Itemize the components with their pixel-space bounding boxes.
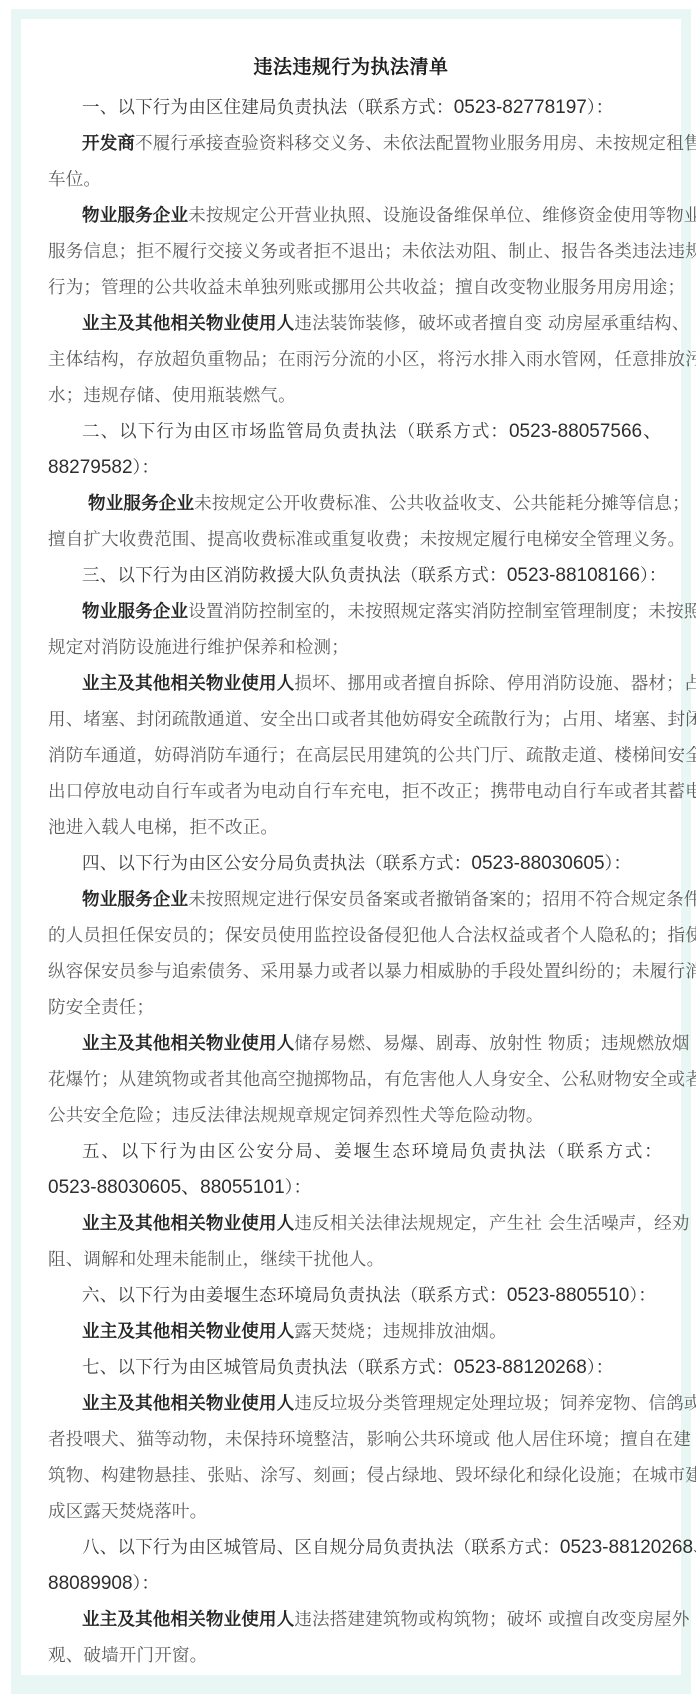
subject-label: 物业服务企业 [88,494,194,514]
phone-number: 0523-88057566、 [509,421,662,442]
subject-label: 业主及其他相关物业使用人 [82,674,294,694]
paragraph-line: 公共安全危险；违反法律法规规章规定饲养烈性犬等危险动物。 [48,1098,662,1134]
paragraph-line: 用、堵塞、封闭疏散通道、安全出口或者其他妨碍安全疏散行为；占用、堵塞、封闭 [48,702,662,738]
phone-number: 0523-8805510 [507,1285,630,1306]
subject-label: 物业服务企业 [82,206,188,226]
section-3-heading: 三、以下行为由区消防救援大队负责执法（联系方式：0523-88108166）： [82,558,662,594]
subject-label: 开发商 [82,134,135,154]
subject-label: 业主及其他相关物业使用人 [82,314,294,334]
paragraph-line: 池进入载人电梯，拒不改正。 [48,810,662,846]
subject-label: 业主及其他相关物业使用人 [82,1610,294,1630]
paragraph-line: 阻、调解和处理未能制止，继续干扰他人。 [48,1242,662,1278]
paragraph-line: 业主及其他相关物业使用人储存易燃、易爆、剧毒、放射性 物质；违规燃放烟 [82,1026,662,1062]
phone-number: 0523-82778197 [454,97,587,118]
section-8-heading: 八、以下行为由区城管局、区自规分局负责执法（联系方式：0523-88120268… [82,1530,662,1566]
paragraph-line: 筑物、构建物悬挂、张贴、涂写、刻画；侵占绿地、毁坏绿化和绿化设施；在城市建 [48,1458,662,1494]
paragraph-line: 的人员担任保安员的；保安员使用监控设备侵犯他人合法权益或者个人隐私的；指使、 [48,918,662,954]
section-2-heading-cont: 88279582）： [48,450,662,486]
subject-label: 物业服务企业 [82,602,188,622]
paragraph-line: 物业服务企业未按照规定进行保安员备案或者撤销备案的；招用不符合规定条件 [82,882,662,918]
paragraph-line: 主体结构，存放超负重物品；在雨污分流的小区，将污水排入雨水管网，任意排放污 [48,342,662,378]
paragraph-line: 成区露天焚烧落叶。 [48,1494,662,1530]
paragraph-line: 开发商不履行承接查验资料移交义务、未依法配置物业服务用房、未按规定租售 [82,126,662,162]
document-title: 违法违规行为执法清单 [21,49,681,85]
paragraph-line: 业主及其他相关物业使用人违反相关法律法规规定，产生社 会生活噪声，经劝 [82,1206,662,1242]
phone-number: 88279582 [48,457,133,478]
paragraph-line: 物业服务企业未按规定公开收费标准、公共收益收支、公共能耗分摊等信息； [88,486,662,522]
subject-label: 物业服务企业 [82,890,188,910]
paragraph-line: 车位。 [48,162,662,198]
section-8-heading-cont: 88089908）： [48,1566,662,1602]
paragraph-line: 服务信息；拒不履行交接义务或者拒不退出；未依法劝阻、制止、报告各类违法违规 [48,234,662,270]
paragraph-line: 业主及其他相关物业使用人违法搭建建筑物或构筑物；破坏 或擅自改变房屋外 [82,1602,662,1638]
subject-label: 业主及其他相关物业使用人 [82,1322,294,1342]
paragraph-line: 观、破墙开门开窗。 [48,1638,662,1674]
paragraph-line: 消防车通道，妨碍消防车通行；在高层民用建筑的公共门厅、疏散走道、楼梯间安全 [48,738,662,774]
section-2-heading: 二、以下行为由区市场监管局负责执法（联系方式：0523-88057566、 [82,414,662,450]
paragraph-line: 业主及其他相关物业使用人损坏、挪用或者擅自拆除、停用消防设施、器材；占 [82,666,662,702]
paragraph-line: 水；违规存储、使用瓶装燃气。 [48,378,662,414]
paragraph-line: 行为；管理的公共收益未单独列账或挪用公共收益；擅自改变物业服务用房用途； [48,270,662,306]
paragraph-line: 纵容保安员参与追索债务、采用暴力或者以暴力相威胁的手段处置纠纷的；未履行消 [48,954,662,990]
subject-label: 业主及其他相关物业使用人 [82,1034,294,1054]
phone-number: 0523-88030605 [471,853,604,874]
section-4-heading: 四、以下行为由区公安分局负责执法（联系方式：0523-88030605）： [82,846,662,882]
subject-label: 业主及其他相关物业使用人 [82,1394,294,1414]
paragraph-line: 擅自扩大收费范围、提高收费标准或重复收费；未按规定履行电梯安全管理义务。 [48,522,662,558]
paragraph-line: 花爆竹；从建筑物或者其他高空抛掷物品，有危害他人人身安全、公私财物安全或者 [48,1062,662,1098]
subject-label: 业主及其他相关物业使用人 [82,1214,294,1234]
paragraph-line: 业主及其他相关物业使用人违反垃圾分类管理规定处理垃圾；饲养宠物、信鸽或 [82,1386,662,1422]
section-6-heading: 六、以下行为由姜堰生态环境局负责执法（联系方式：0523-8805510）： [82,1278,662,1314]
section-5-heading-cont: 0523-88030605、88055101）： [48,1170,662,1206]
paragraph-line: 规定对消防设施进行维护保养和检测； [48,630,662,666]
paragraph-line: 物业服务企业未按规定公开营业执照、设施设备维保单位、维修资金使用等物业 [82,198,662,234]
paragraph-line: 者投喂犬、猫等动物，未保持环境整洁，影响公共环境或 他人居住环境；擅自在建 [48,1422,662,1458]
paragraph-line: 物业服务企业设置消防控制室的，未按照规定落实消防控制室管理制度；未按照 [82,594,662,630]
phone-number: 0523-88030605、88055101 [48,1177,285,1198]
paragraph-line: 防安全责任； [48,990,662,1026]
phone-number: 0523-88120268 [454,1357,587,1378]
paragraph-line: 出口停放电动自行车或者为电动自行车充电，拒不改正；携带电动自行车或者其蓄电 [48,774,662,810]
phone-number: 0523-88108166 [507,565,640,586]
section-7-heading: 七、以下行为由区城管局负责执法（联系方式：0523-88120268）： [82,1350,662,1386]
phone-number: 0523-88120268、 [560,1537,696,1558]
phone-number: 88089908 [48,1573,133,1594]
section-1-heading: 一、以下行为由区住建局负责执法（联系方式：0523-82778197）： [82,90,662,126]
section-5-heading: 五、以下行为由区公安分局、姜堰生态环境局负责执法（联系方式： [82,1134,662,1170]
paragraph-line: 业主及其他相关物业使用人违法装饰装修，破坏或者擅自变 动房屋承重结构、 [82,306,662,342]
paragraph-line: 业主及其他相关物业使用人露天焚烧；违规排放油烟。 [82,1314,662,1350]
